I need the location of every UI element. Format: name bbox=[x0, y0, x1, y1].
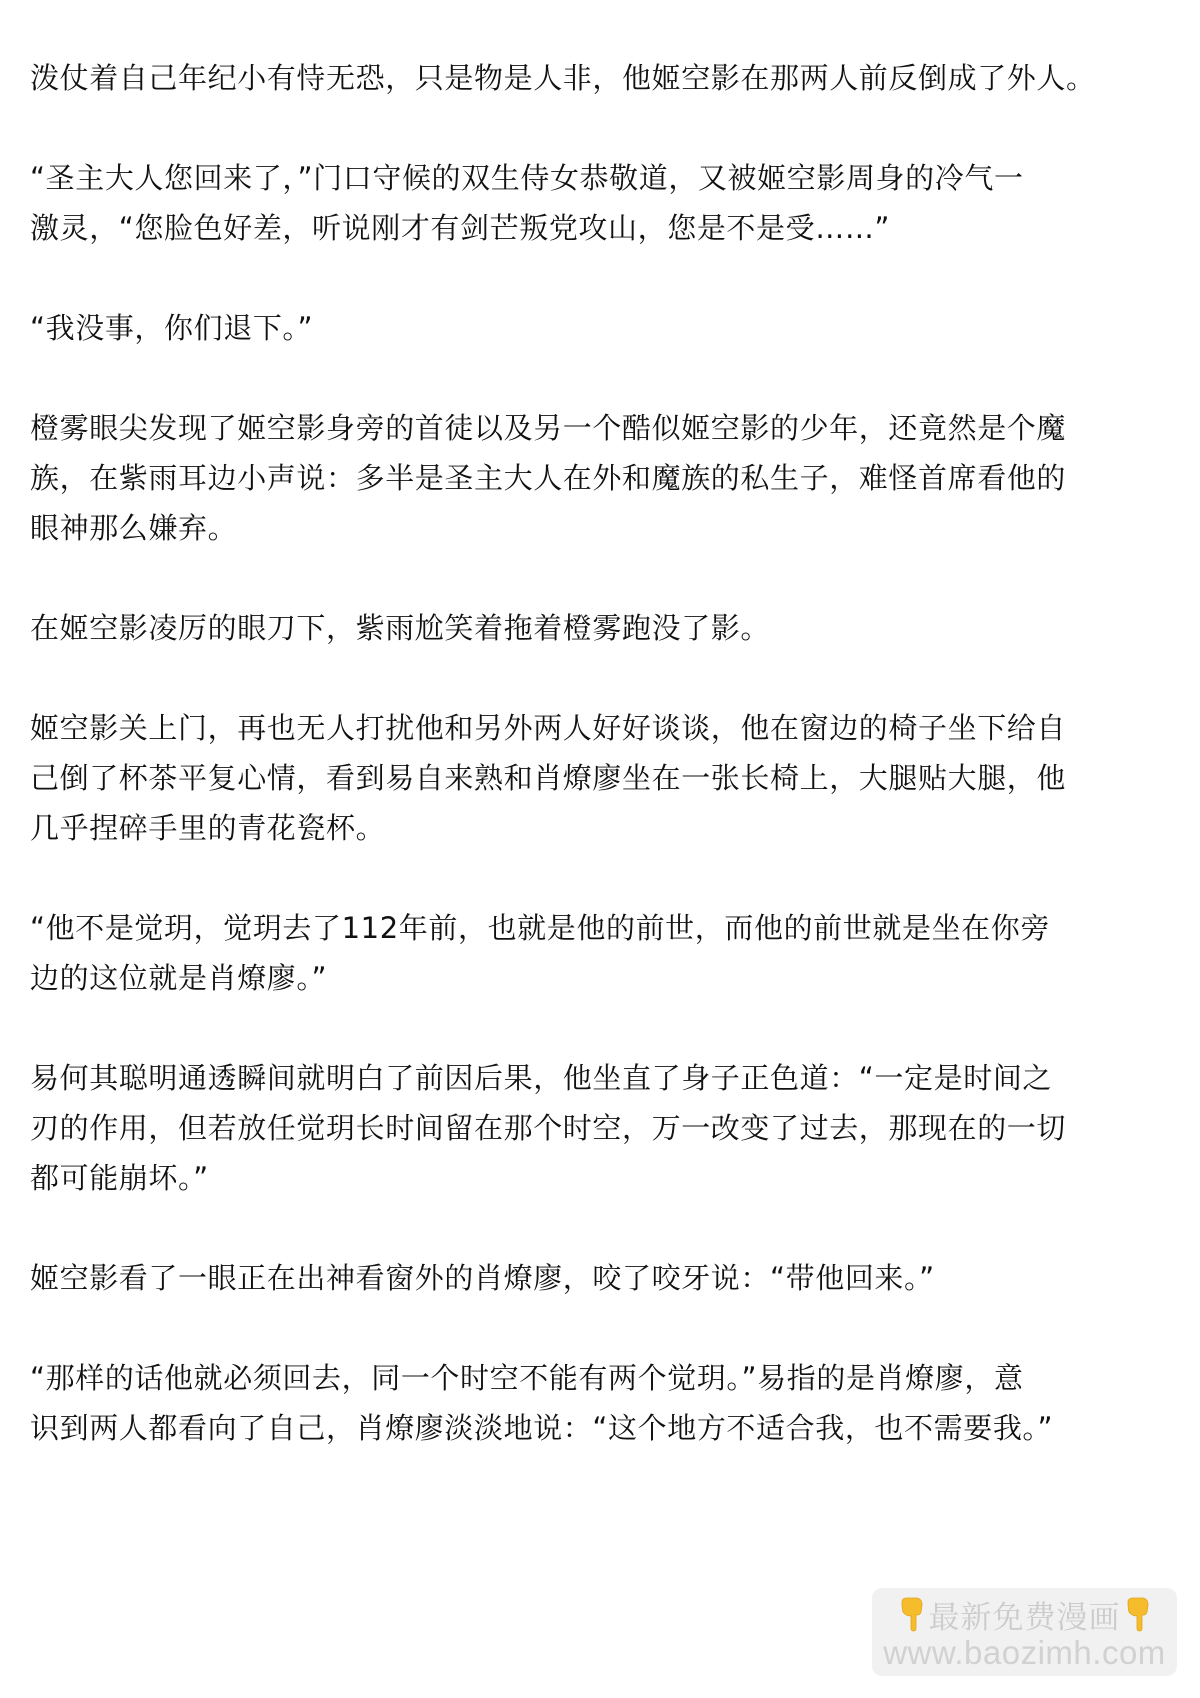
text-line: 眼神那么嫌弃。 bbox=[30, 503, 1190, 553]
text-line: 橙雾眼尖发现了姬空影身旁的首徒以及另一个酷似姬空影的少年，还竟然是个魔 bbox=[30, 403, 1190, 453]
paragraph-9: 姬空影看了一眼正在出神看窗外的肖燎廖，咬了咬牙说：“带他回来。” bbox=[30, 1253, 1190, 1303]
text-line: 族，在紫雨耳边小声说：多半是圣主大人在外和魔族的私生子，难怪首席看他的 bbox=[30, 453, 1190, 503]
paragraph-5: 在姬空影凌厉的眼刀下，紫雨尬笑着拖着橙雾跑没了影。 bbox=[30, 603, 1190, 653]
watermark-url[interactable]: www.baozimh.com bbox=[872, 1634, 1177, 1672]
text-line: 都可能崩坏。” bbox=[30, 1153, 1190, 1203]
paragraph-10: “那样的话他就必须回去，同一个时空不能有两个觉玥。”易指的是肖燎廖，意 识到两人… bbox=[30, 1353, 1190, 1453]
text-line: 边的这位就是肖燎廖。” bbox=[30, 953, 1190, 1003]
paragraph-3: “我没事，你们退下。” bbox=[30, 303, 1190, 353]
paragraph-8: 易何其聪明通透瞬间就明白了前因后果，他坐直了身子正色道：“一定是时间之 刃的作用… bbox=[30, 1053, 1190, 1203]
paragraph-6: 姬空影关上门，再也无人打扰他和另外两人好好谈谈，他在窗边的椅子坐下给自 己倒了杯… bbox=[30, 703, 1190, 853]
text-line: 识到两人都看向了自己，肖燎廖淡淡地说：“这个地方不适合我，也不需要我。” bbox=[30, 1403, 1190, 1453]
text-line: “我没事，你们退下。” bbox=[30, 303, 1190, 353]
text-line: “那样的话他就必须回去，同一个时空不能有两个觉玥。”易指的是肖燎廖，意 bbox=[30, 1353, 1190, 1403]
text-line: 激灵，“您脸色好差，听说刚才有剑芒叛党攻山，您是不是受……” bbox=[30, 203, 1190, 253]
paragraph-1: 泼仗着自己年纪小有恃无恐，只是物是人非，他姬空影在那两人前反倒成了外人。 bbox=[30, 53, 1190, 103]
text-line: 姬空影看了一眼正在出神看窗外的肖燎廖，咬了咬牙说：“带他回来。” bbox=[30, 1253, 1190, 1303]
watermark-banner[interactable]: 最新免费漫画 www.baozimh.com bbox=[872, 1588, 1177, 1676]
text-line: 泼仗着自己年纪小有恃无恐，只是物是人非，他姬空影在那两人前反倒成了外人。 bbox=[30, 53, 1190, 103]
pointing-down-hand-icon bbox=[899, 1596, 925, 1632]
watermark-title: 最新免费漫画 bbox=[929, 1592, 1121, 1637]
text-line: 己倒了杯茶平复心情，看到易自来熟和肖燎廖坐在一张长椅上，大腿贴大腿，他 bbox=[30, 753, 1190, 803]
text-line: 在姬空影凌厉的眼刀下，紫雨尬笑着拖着橙雾跑没了影。 bbox=[30, 603, 1190, 653]
text-line: 姬空影关上门，再也无人打扰他和另外两人好好谈谈，他在窗边的椅子坐下给自 bbox=[30, 703, 1190, 753]
text-line: 几乎捏碎手里的青花瓷杯。 bbox=[30, 803, 1190, 853]
paragraph-2: “圣主大人您回来了，”门口守候的双生侍女恭敬道，又被姬空影周身的冷气一 激灵，“… bbox=[30, 153, 1190, 253]
text-line: 易何其聪明通透瞬间就明白了前因后果，他坐直了身子正色道：“一定是时间之 bbox=[30, 1053, 1190, 1103]
pointing-down-hand-icon bbox=[1125, 1596, 1151, 1632]
text-line: “他不是觉玥，觉玥去了112年前，也就是他的前世，而他的前世就是坐在你旁 bbox=[30, 903, 1190, 953]
text-line: 刃的作用，但若放任觉玥长时间留在那个时空，万一改变了过去，那现在的一切 bbox=[30, 1103, 1190, 1153]
watermark-title-row: 最新免费漫画 bbox=[872, 1592, 1177, 1636]
document-body: 泼仗着自己年纪小有恃无恐，只是物是人非，他姬空影在那两人前反倒成了外人。 “圣主… bbox=[30, 53, 1190, 1503]
text-line: “圣主大人您回来了，”门口守候的双生侍女恭敬道，又被姬空影周身的冷气一 bbox=[30, 153, 1190, 203]
paragraph-4: 橙雾眼尖发现了姬空影身旁的首徒以及另一个酷似姬空影的少年，还竟然是个魔 族，在紫… bbox=[30, 403, 1190, 553]
paragraph-7: “他不是觉玥，觉玥去了112年前，也就是他的前世，而他的前世就是坐在你旁 边的这… bbox=[30, 903, 1190, 1003]
